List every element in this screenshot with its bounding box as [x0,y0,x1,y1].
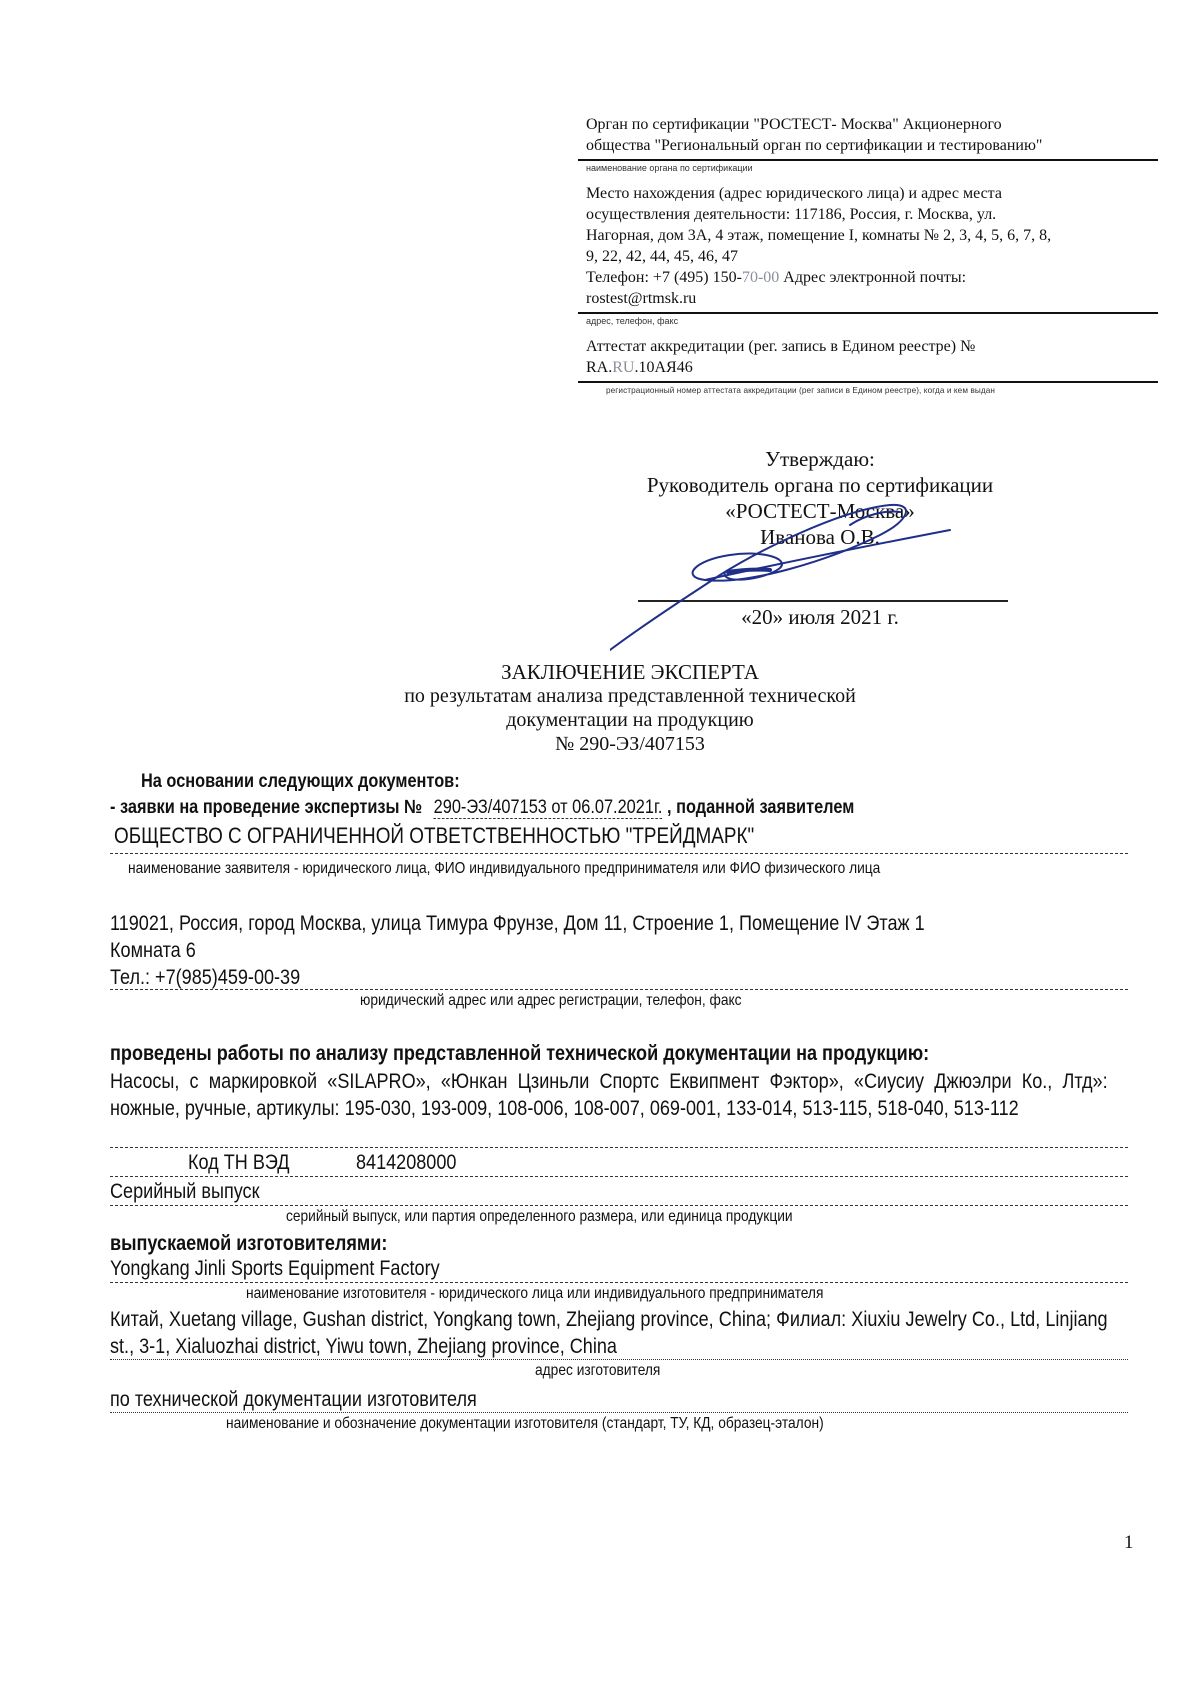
divider [578,159,1158,161]
application-prefix: - заявки на проведение экспертизы № [110,797,422,818]
document-number: № 290-ЭЗ/407153 [280,732,980,756]
divider [110,1147,1128,1148]
accreditation-number: RA.RU.10АЯ46 [586,357,1166,378]
application-suffix: , поданной заявителем [662,797,854,818]
applicant-address-line-1: 119021, Россия, город Москва, улица Тиму… [110,910,1125,937]
product-heading: проведены работы по анализу представленн… [110,1042,1125,1066]
divider [578,381,1158,383]
product-description: Насосы, с маркировкой «SILAPRO», «Юнкан … [110,1068,1108,1122]
certification-body-address-line-4: 9, 22, 42, 44, 45, 46, 47 [586,246,1166,267]
certification-body-address-caption: адрес, телефон, факс [586,315,1166,328]
tnved-code: 8414208000 [356,1151,1200,1175]
divider [110,989,1128,990]
applicant-name: ОБЩЕСТВО С ОГРАНИЧЕННОЙ ОТВЕТСТВЕННОСТЬЮ… [114,822,974,850]
manufacturer-heading: выпускаемой изготовителями: [110,1232,970,1256]
divider [110,1176,1128,1177]
certification-body-email: rostest@rtmsk.ru [586,288,1166,309]
approver-position: Руководитель органа по сертификации [560,472,1080,498]
accreditation-prefix: RA. [586,359,612,376]
divider [110,1359,1128,1360]
application-number: 290-ЭЗ/407153 от 06.07.2021г. [434,797,663,819]
signature-icon [610,500,970,660]
email-label: Адрес электронной почты: [779,269,966,286]
document-subtitle-line-1: по результатам анализа представленной те… [280,684,980,708]
application-line: - заявки на проведение экспертизы № 290-… [110,796,1125,820]
page-number: 1 [1124,1532,1134,1554]
divider [110,1412,1128,1413]
document-title-block: ЗАКЛЮЧЕНИЕ ЭКСПЕРТА по результатам анали… [280,660,980,756]
certification-body-address-line-2: осуществления деятельности: 117186, Росс… [586,204,1166,225]
basis-heading: На основании следующих документов: [141,770,1001,794]
manufacturer-documentation-caption: наименование и обозначение документации … [226,1415,824,1433]
divider [110,853,1128,854]
certification-body-phone: Телефон: +7 (495) 150-70-00 Адрес электр… [586,267,1166,288]
manufacturer-name: Yongkang Jinli Sports Equipment Factory [110,1257,970,1281]
accreditation-caption: регистрационный номер аттестата аккредит… [606,384,1166,397]
accreditation-label: Аттестат аккредитации (рег. запись в Еди… [586,336,1166,357]
divider [110,1282,1128,1283]
phone-suffix: 70-00 [742,269,779,286]
applicant-phone: Тел.: +7(985)459-00-39 [110,964,970,991]
manufacturer-address-caption: адрес изготовителя [535,1362,660,1380]
phone-prefix: Телефон: +7 (495) 150- [586,269,742,286]
certification-body-name-line-2: общества "Региональный орган по сертифик… [586,135,1166,156]
manufacturer-address: Китай, Xuetang village, Gushan district,… [110,1306,1108,1360]
release-caption: серийный выпуск, или партия определенног… [286,1208,793,1226]
release-type: Серийный выпуск [110,1180,970,1204]
accreditation-country: RU [612,359,634,376]
applicant-address-caption: юридический адрес или адрес регистрации,… [360,992,742,1010]
manufacturer-name-caption: наименование изготовителя - юридического… [246,1285,823,1303]
applicant-caption: наименование заявителя - юридического ли… [128,860,880,878]
approve-word: Утверждаю: [560,446,1080,472]
applicant-address-line-2: Комната 6 [110,937,970,964]
manufacturer-documentation: по технической документации изготовителя [110,1388,970,1412]
certification-body-block: Орган по сертификации "РОСТЕСТ- Москва" … [586,114,1166,405]
divider [110,1205,1128,1206]
document-title: ЗАКЛЮЧЕНИЕ ЭКСПЕРТА [280,660,980,684]
certification-body-address-line-1: Место нахождения (адрес юридического лиц… [586,183,1166,204]
divider [578,312,1158,314]
certification-body-address-line-3: Нагорная, дом 3А, 4 этаж, помещение I, к… [586,225,1166,246]
document-subtitle-line-2: документации на продукцию [280,708,980,732]
certification-body-name-line-1: Орган по сертификации "РОСТЕСТ- Москва" … [586,114,1166,135]
certification-body-name-caption: наименование органа по сертификации [586,162,1166,175]
accreditation-suffix: .10АЯ46 [634,359,692,376]
